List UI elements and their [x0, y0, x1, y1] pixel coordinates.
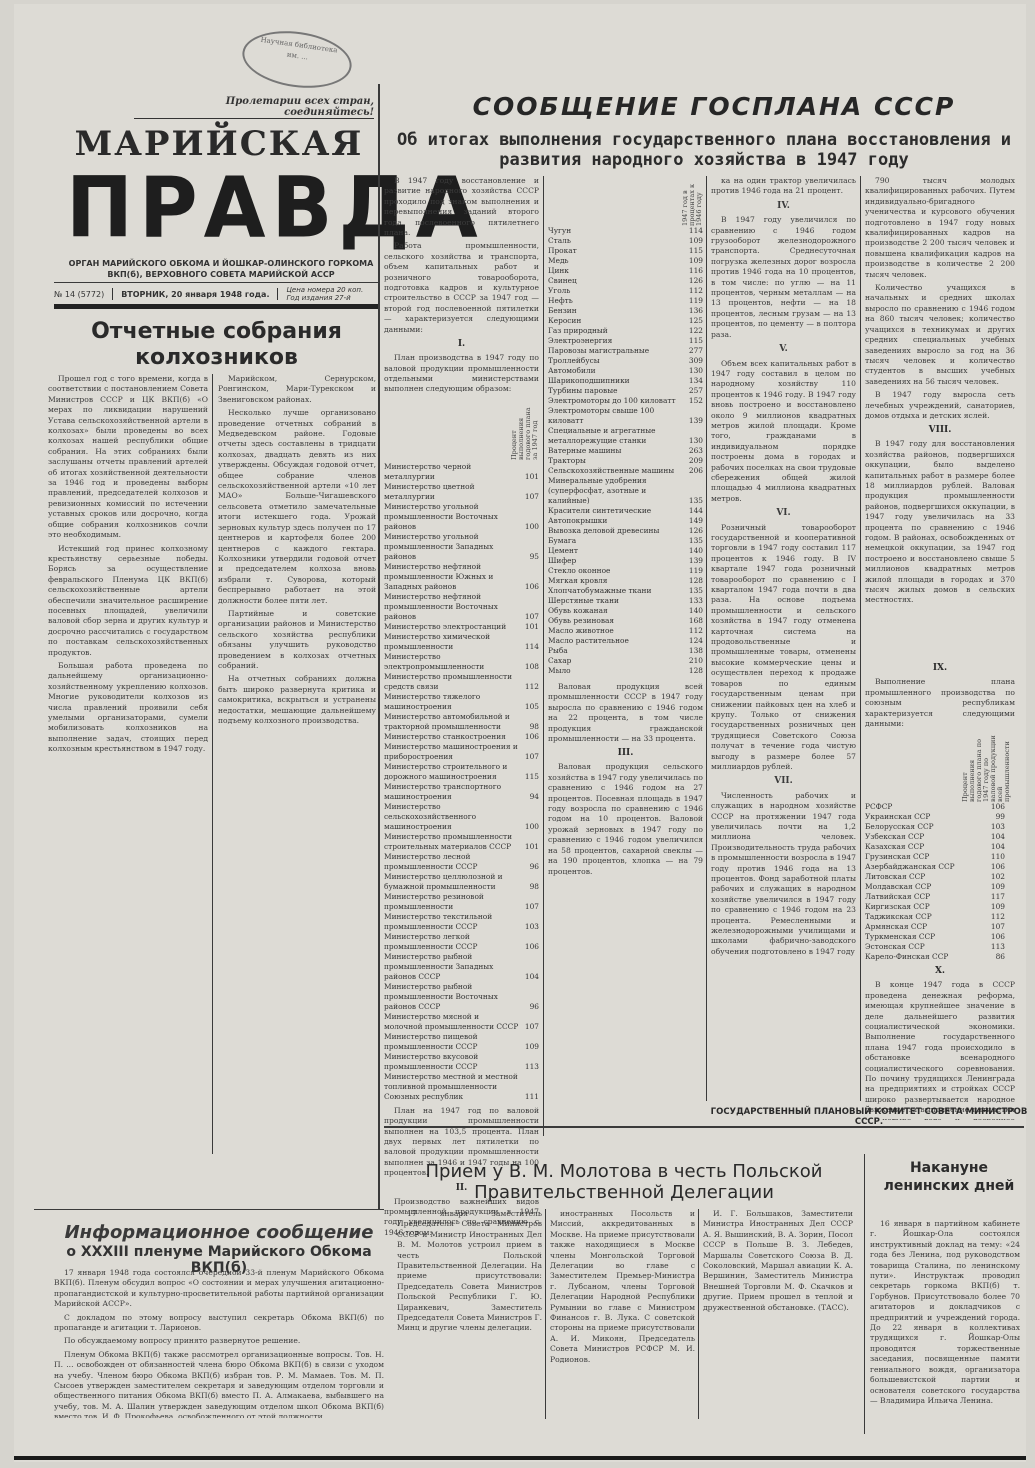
paragraph: С докладом по этому вопросу выступил сек…	[54, 1313, 384, 1334]
products-column-header: 1947 год в процентах к 1946 году	[682, 176, 703, 226]
table-row: Министерство промышленности средств связ…	[384, 672, 539, 692]
gosplan-signature: ГОСУДАРСТВЕННЫЙ ПЛАНОВЫЙ КОМИТЕТ СОВЕТА …	[704, 1107, 1034, 1127]
table-row: Паровозы магистральные277	[548, 346, 703, 356]
paragraph: 17 января 1948 года состоялся очередной …	[54, 1268, 384, 1310]
subheadline-gosplan: Об итогах выполнения государственного пл…	[394, 130, 1014, 170]
table-row: Стекло оконное119	[548, 566, 703, 576]
row-label: Министерство резиновой промышленности	[384, 892, 519, 912]
row-label: Министерство вкусовой промышленности ССС…	[384, 1052, 519, 1072]
paragraph: В 1947 году выросла сеть лечебных учрежд…	[865, 390, 1015, 421]
table-row: Керосин125	[548, 316, 703, 326]
row-label: Министерство местной и местной топливной…	[384, 1072, 519, 1102]
row-value: 94	[519, 782, 539, 802]
headline-gosplan: СООБЩЕНИЕ ГОСПЛАНА СССР	[454, 92, 974, 121]
table-row: РСФСР106	[865, 802, 1005, 812]
row-label: Масло растительное	[548, 636, 683, 646]
table-row: Сахар210	[548, 656, 703, 666]
row-label: Масло животное	[548, 626, 683, 636]
row-label: Цемент	[548, 546, 683, 556]
table-row: Бумага135	[548, 536, 703, 546]
row-label: Минеральные удобрения (суперфосфат, азот…	[548, 476, 683, 506]
table-row: Грузинская ССР110	[865, 852, 1005, 862]
row-value: 135	[683, 586, 703, 596]
table-row: Эстонская ССР113	[865, 942, 1005, 952]
row-label: Электроэнергия	[548, 336, 683, 346]
row-value: 106	[979, 932, 1005, 942]
paragraph: И. Г. Большаков, Заместители Министра Ин…	[703, 1209, 853, 1313]
row-value: 116	[683, 266, 703, 276]
paragraph: Розничный товарооборот государственной и…	[711, 523, 856, 773]
row-label: Медь	[548, 256, 683, 266]
row-label: Карело-Финская ССР	[865, 952, 979, 962]
row-label: Турбины паровые	[548, 386, 683, 396]
row-value: 125	[683, 316, 703, 326]
paragraph: 790 тысяч молодых квалифицированных рабо…	[865, 176, 1015, 280]
table-row: Турбины паровые257	[548, 386, 703, 396]
row-value: 210	[683, 656, 703, 666]
row-label: Специальные и агрегатные металлорежущие …	[548, 426, 683, 446]
table-row: Министерство электропромышленности108	[384, 652, 539, 672]
row-label: Сталь	[548, 236, 683, 246]
table-row: Министерство строительного и дорожного м…	[384, 762, 539, 782]
table-row: Цемент140	[548, 546, 703, 556]
row-value: 86	[979, 952, 1005, 962]
row-value: 101	[519, 832, 539, 852]
row-value: 105	[519, 692, 539, 712]
paragraph: По обсуждаемому вопросу принято разверну…	[54, 1336, 384, 1346]
table-row: Министерство пищевой промышленности СССР…	[384, 1032, 539, 1052]
products-table: Чугун114Сталь109Прокат115Медь109Цинк116С…	[548, 226, 703, 676]
row-label: Министерство сельскохозяйственного машин…	[384, 802, 519, 832]
page-column-rule	[378, 84, 380, 1209]
paragraph: В 1947 году увеличился по сравнению с 19…	[711, 215, 856, 340]
section-number: VI.	[711, 508, 856, 518]
table-row: Украинская ССР99	[865, 812, 1005, 822]
section-number: IX.	[865, 663, 1015, 673]
row-label: Министерство рыбной промышленности Запад…	[384, 952, 519, 982]
table-row: Армянская ССР107	[865, 922, 1005, 932]
row-value: 108	[519, 652, 539, 672]
row-value: 149	[683, 516, 703, 526]
table-row: Министерство местной и местной топливной…	[384, 1072, 539, 1102]
row-value: 124	[683, 636, 703, 646]
row-label: Латвийская ССР	[865, 892, 979, 902]
row-label: Электромоторы до 100 киловатт	[548, 396, 683, 406]
table-row: Шифер139	[548, 556, 703, 566]
gosplan-col1: В 1947 году восстановление и развитие на…	[384, 176, 539, 1241]
row-label: Министерство промышленности строительных…	[384, 832, 519, 852]
table-row: Красители синтетические144	[548, 506, 703, 516]
table-row: Цинк116	[548, 266, 703, 276]
row-value: 133	[683, 596, 703, 606]
table-row: Узбекская ССР104	[865, 832, 1005, 842]
row-label: Прокат	[548, 246, 683, 256]
issue-number: № 14 (5772)	[54, 290, 104, 299]
row-label: Бензин	[548, 306, 683, 316]
table-row: Масло растительное124	[548, 636, 703, 646]
paragraph: Работа промышленности, сельского хозяйст…	[384, 241, 539, 335]
row-value: 114	[683, 226, 703, 236]
paragraph: Большая работа проведена по дальнейшему …	[48, 661, 208, 755]
table-row: Масло животное112	[548, 626, 703, 636]
table-row: Электромоторы до 100 киловатт152	[548, 396, 703, 406]
table-row: Министерство электростанций101	[384, 622, 539, 632]
table-row: Бензин136	[548, 306, 703, 316]
row-value: 110	[979, 852, 1005, 862]
paragraph: иностранных Посольств и Миссий, аккредит…	[550, 1209, 695, 1365]
column-divider	[543, 176, 544, 1136]
row-value: 140	[683, 546, 703, 556]
row-label: Тракторы	[548, 456, 683, 466]
row-label: Автомобили	[548, 366, 683, 376]
row-label: Ватерные машины	[548, 446, 683, 456]
table-row: Рыба138	[548, 646, 703, 656]
row-label: Обувь резиновая	[548, 616, 683, 626]
row-label: Рыба	[548, 646, 683, 656]
paragraph: Марийском, Сернурском, Ронгинском, Мари-…	[218, 374, 376, 405]
table-row: Мыло128	[548, 666, 703, 676]
row-value: 112	[979, 912, 1005, 922]
row-value: 140	[683, 606, 703, 616]
row-label: Министерство тяжелого машиностроения	[384, 692, 519, 712]
row-label: Цинк	[548, 266, 683, 276]
molotov-col1: 17 января Заместитель Председателя Совет…	[397, 1209, 542, 1419]
row-label: Вывозка деловой древесины	[548, 526, 683, 536]
row-value: 257	[683, 386, 703, 396]
row-value: 103	[979, 822, 1005, 832]
column-divider	[860, 176, 861, 1101]
table-row: Министерство автомобильной и тракторной …	[384, 712, 539, 732]
row-label: Министерство нефтяной промышленности Вос…	[384, 592, 519, 622]
table-row: Министерство угольной промышленности Зап…	[384, 532, 539, 562]
paragraph: Выполнение плана промышленного производс…	[865, 677, 1015, 729]
row-value: 104	[519, 952, 539, 982]
row-value: 309	[683, 356, 703, 366]
table-row: Хлопчатобумажные ткани135	[548, 586, 703, 596]
table-row: Свинец126	[548, 276, 703, 286]
table-row: Министерство станкостроения106	[384, 732, 539, 742]
row-value: 134	[683, 376, 703, 386]
issue-info-bar: № 14 (5772) ВТОРНИК, 20 января 1948 года…	[54, 286, 379, 302]
molotov-col2: иностранных Посольств и Миссий, аккредит…	[550, 1209, 695, 1419]
price-text: Цена номера 20 коп.	[286, 286, 363, 294]
column-divider	[545, 1209, 546, 1419]
row-label: Министерство черной металлургии	[384, 462, 519, 482]
paragraph: Истекший год принес колхозному крестьянс…	[48, 544, 208, 658]
paragraph: Численность рабочих и служащих в народно…	[711, 791, 856, 958]
table-row: Карело-Финская ССР86	[865, 952, 1005, 962]
table-row: Шерстяные ткани133	[548, 596, 703, 606]
table-row: Молдавская ССР109	[865, 882, 1005, 892]
table-row: Министерство черной металлургии101	[384, 462, 539, 482]
paragraph: В 1947 году восстановление и развитие на…	[384, 176, 539, 238]
row-label: Шифер	[548, 556, 683, 566]
row-value: 98	[519, 872, 539, 892]
table-row: Министерство промышленности строительных…	[384, 832, 539, 852]
row-value: 130	[683, 426, 703, 446]
section-rule	[384, 1126, 1024, 1128]
gosplan-col3: ка на один трактор увеличилась против 19…	[711, 176, 856, 1101]
row-label: Газ природный	[548, 326, 683, 336]
row-value: 99	[979, 812, 1005, 822]
row-value: 111	[519, 1072, 539, 1102]
row-label: Белорусская ССР	[865, 822, 979, 832]
paragraph: Валовая продукция сельского хозяйства в …	[548, 762, 703, 876]
row-value: 168	[683, 616, 703, 626]
row-value: 96	[519, 852, 539, 872]
row-value: 113	[979, 942, 1005, 952]
article-otchet-col1: Прошел год с того времени, когда в соотв…	[48, 374, 208, 1154]
row-value: 113	[519, 1052, 539, 1072]
row-label: Киргизская ССР	[865, 902, 979, 912]
table-row: Автопокрышки149	[548, 516, 703, 526]
table-row: Туркменская ССР106	[865, 932, 1005, 942]
row-label: Министерство угольной промышленности Вос…	[384, 502, 519, 532]
paragraph: Пленум Обкома ВКП(б) также рассмотрел ор…	[54, 1350, 384, 1418]
row-value: 126	[683, 276, 703, 286]
row-value: 109	[683, 236, 703, 246]
row-label: Министерство машиностроения и приборостр…	[384, 742, 519, 762]
row-label: Автопокрышки	[548, 516, 683, 526]
paragraph: Количество учащихся в начальных и средни…	[865, 283, 1015, 387]
table-row: Азербайджанская ССР106	[865, 862, 1005, 872]
row-label: Узбекская ССР	[865, 832, 979, 842]
row-value: 263	[683, 446, 703, 456]
row-label: Министерство рыбной промышленности Восто…	[384, 982, 519, 1012]
row-label: Грузинская ССР	[865, 852, 979, 862]
table-row: Министерство целлюлозной и бумажной пром…	[384, 872, 539, 892]
row-value: 109	[979, 902, 1005, 912]
row-label: Мыло	[548, 666, 683, 676]
table-row: Тракторы209	[548, 456, 703, 466]
row-label: Министерство электропромышленности	[384, 652, 519, 672]
section-number: III.	[548, 748, 703, 758]
row-label: Министерство угольной промышленности Зап…	[384, 532, 519, 562]
row-label: Мягкая кровля	[548, 576, 683, 586]
row-value: 109	[519, 1032, 539, 1052]
row-label: Министерство пищевой промышленности СССР	[384, 1032, 519, 1052]
row-value: 128	[683, 576, 703, 586]
row-value: 100	[519, 802, 539, 832]
table-row: Министерство вкусовой промышленности ССС…	[384, 1052, 539, 1072]
row-value: 115	[519, 762, 539, 782]
row-value: 115	[683, 246, 703, 256]
table-row: Обувь резиновая168	[548, 616, 703, 626]
row-label: Министерство цветной металлургии	[384, 482, 519, 502]
row-value: 152	[683, 396, 703, 406]
row-value: 136	[683, 306, 703, 316]
row-value: 107	[979, 922, 1005, 932]
row-label: Шерстяные ткани	[548, 596, 683, 606]
row-value: 209	[683, 456, 703, 466]
table-row: Троллейбусы309	[548, 356, 703, 366]
table-row: Вывозка деловой древесины126	[548, 526, 703, 536]
row-value: 206	[683, 466, 703, 476]
article-otchet-col2: Марийском, Сернурском, Ронгинском, Мари-…	[218, 374, 376, 1154]
row-value: 107	[519, 592, 539, 622]
paragraph: На отчетных собраниях должна быть широко…	[218, 674, 376, 726]
table-row: Специальные и агрегатные металлорежущие …	[548, 426, 703, 446]
section-number: V.	[711, 344, 856, 354]
row-value: 130	[683, 366, 703, 376]
row-label: Министерство мясной и молочной промышлен…	[384, 1012, 519, 1032]
ministry-column-header: Процент выполнения годового плана за 194…	[511, 398, 539, 460]
row-value: 101	[519, 622, 539, 632]
section-number: VIII.	[865, 425, 1015, 435]
paragraph: 17 января Заместитель Председателя Совет…	[397, 1209, 542, 1334]
row-value: 107	[519, 742, 539, 762]
table-row: Министерство лесной промышленности СССР9…	[384, 852, 539, 872]
row-value: 112	[683, 626, 703, 636]
row-label: Министерство легкой промышленности СССР	[384, 932, 519, 952]
gosplan-col4: 790 тысяч молодых квалифицированных рабо…	[865, 176, 1015, 1120]
table-row: Министерство химической промышленности11…	[384, 632, 539, 652]
row-label: Министерство химической промышленности	[384, 632, 519, 652]
section-number: X.	[865, 966, 1015, 976]
table-row: Сталь109	[548, 236, 703, 246]
row-label: Казахская ССР	[865, 842, 979, 852]
row-label: Чугун	[548, 226, 683, 236]
table-row: Казахская ССР104	[865, 842, 1005, 852]
row-value: 104	[979, 832, 1005, 842]
row-label: Уголь	[548, 286, 683, 296]
row-label: Сельскохозяйственные машины	[548, 466, 683, 476]
row-label: Паровозы магистральные	[548, 346, 683, 356]
table-row: Министерство резиновой промышленности107	[384, 892, 539, 912]
row-label: Стекло оконное	[548, 566, 683, 576]
table-row: Ватерные машины263	[548, 446, 703, 456]
row-value: 106	[979, 862, 1005, 872]
table-row: Уголь112	[548, 286, 703, 296]
row-value: 277	[683, 346, 703, 356]
table-row: Шарикоподшипники134	[548, 376, 703, 386]
row-label: Нефть	[548, 296, 683, 306]
row-value: 95	[519, 532, 539, 562]
row-label: Министерство транспортного машиностроени…	[384, 782, 519, 802]
row-value: 126	[683, 526, 703, 536]
table-row: Министерство мясной и молочной промышлен…	[384, 1012, 539, 1032]
table-row: Нефть119	[548, 296, 703, 306]
table-row: Минеральные удобрения (суперфосфат, азот…	[548, 476, 703, 506]
column-divider	[706, 176, 707, 1101]
column-divider	[698, 1209, 699, 1419]
table-row: Министерство нефтяной промышленности Вос…	[384, 592, 539, 622]
row-label: Армянская ССР	[865, 922, 979, 932]
paragraph: ка на один трактор увеличилась против 19…	[711, 176, 856, 197]
table-row: Газ природный122	[548, 326, 703, 336]
paragraph: Прошел год с того времени, когда в соотв…	[48, 374, 208, 541]
headline-info: Информационное сообщение	[54, 1222, 384, 1243]
paragraph: Партийные и советские организации районо…	[218, 609, 376, 671]
table-row: Белорусская ССР103	[865, 822, 1005, 832]
row-value: 119	[683, 296, 703, 306]
row-label: Троллейбусы	[548, 356, 683, 366]
gosplan-col2: 1947 год в процентах к 1946 году Чугун11…	[548, 176, 703, 1062]
row-value: 107	[519, 892, 539, 912]
table-row: Министерство текстильной промышленности …	[384, 912, 539, 932]
table-row: Министерство транспортного машиностроени…	[384, 782, 539, 802]
row-label: Электромоторы свыше 100 киловатт	[548, 406, 683, 426]
row-value: 106	[519, 932, 539, 952]
section-rule	[34, 1209, 384, 1210]
row-value: 135	[683, 536, 703, 546]
table-row: Министерство угольной промышленности Вос…	[384, 502, 539, 532]
row-label: Министерство целлюлозной и бумажной пром…	[384, 872, 519, 892]
row-label: Таджикская ССР	[865, 912, 979, 922]
headline-lenin: Накануне ленинских дней	[874, 1159, 1024, 1195]
column-divider	[212, 374, 213, 1154]
table-row: Министерство цветной металлургии107	[384, 482, 539, 502]
divider	[54, 282, 379, 283]
row-label: Министерство нефтяной промышленности Южн…	[384, 562, 519, 592]
table-row: Таджикская ССР112	[865, 912, 1005, 922]
table-row: Медь109	[548, 256, 703, 266]
row-label: Молдавская ССР	[865, 882, 979, 892]
row-value: 107	[519, 1012, 539, 1032]
row-value: 100	[519, 502, 539, 532]
table-row: Мягкая кровля128	[548, 576, 703, 586]
row-label: Министерство автомобильной и тракторной …	[384, 712, 519, 732]
row-label: Обувь кожаная	[548, 606, 683, 616]
masthead-rule	[54, 304, 379, 309]
row-label: Украинская ССР	[865, 812, 979, 822]
paragraph: В конце 1947 года в СССР проведена денеж…	[865, 980, 1015, 1120]
table-row: Киргизская ССР109	[865, 902, 1005, 912]
table-row: Латвийская ССР117	[865, 892, 1005, 902]
row-value: 109	[979, 882, 1005, 892]
table-row: Прокат115	[548, 246, 703, 256]
table-row: Электромоторы свыше 100 киловатт139	[548, 406, 703, 426]
row-value: 101	[519, 462, 539, 482]
issue-date: ВТОРНИК, 20 января 1948 года.	[121, 290, 269, 299]
republics-table: РСФСР106Украинская ССР99Белорусская ССР1…	[865, 802, 1005, 962]
row-label: Сахар	[548, 656, 683, 666]
row-label: Туркменская ССР	[865, 932, 979, 942]
row-label: Министерство лесной промышленности СССР	[384, 852, 519, 872]
info-text: 17 января 1948 года состоялся очередной …	[54, 1268, 384, 1418]
row-label: Литовская ССР	[865, 872, 979, 882]
table-row: Министерство нефтяной промышленности Южн…	[384, 562, 539, 592]
paragraph: План производства в 1947 году по валовой…	[384, 353, 539, 395]
table-row: Автомобили130	[548, 366, 703, 376]
row-value: 139	[683, 556, 703, 566]
row-value: 106	[519, 562, 539, 592]
masthead-title-line2: ПРАВДА	[66, 162, 376, 254]
row-value: 119	[683, 566, 703, 576]
masthead-organ: ОРГАН МАРИЙСКОГО ОБКОМА И ЙОШКАР-ОЛИНСКО…	[66, 258, 376, 280]
row-label: Азербайджанская ССР	[865, 862, 979, 872]
issue-price: Цена номера 20 коп. Год издания 27-й	[286, 286, 363, 302]
lenin-text: 16 января в партийном кабинете г. Йошкар…	[870, 1219, 1020, 1449]
table-row: Чугун114	[548, 226, 703, 236]
section-number: IV.	[711, 201, 856, 211]
row-value: 114	[519, 632, 539, 652]
headline-molotov: Прием у В. М. Молотова в честь Польской …	[414, 1161, 834, 1203]
paragraph: Объем всех капитальных работ в 1947 году…	[711, 359, 856, 505]
row-value: 117	[979, 892, 1005, 902]
table-row: Министерство рыбной промышленности Запад…	[384, 952, 539, 982]
table-row: Литовская ССР102	[865, 872, 1005, 882]
row-label: Бумага	[548, 536, 683, 546]
row-label: Министерство промышленности средств связ…	[384, 672, 519, 692]
table-row: Министерство машиностроения и приборостр…	[384, 742, 539, 762]
newspaper-page: Научная библиотека им. ... Пролетарии вс…	[14, 4, 1026, 1462]
column-divider	[864, 1154, 865, 1434]
row-value: 139	[683, 406, 703, 426]
table-row: Обувь кожаная140	[548, 606, 703, 616]
table-row: Министерство рыбной промышленности Восто…	[384, 982, 539, 1012]
row-value: 109	[683, 256, 703, 266]
